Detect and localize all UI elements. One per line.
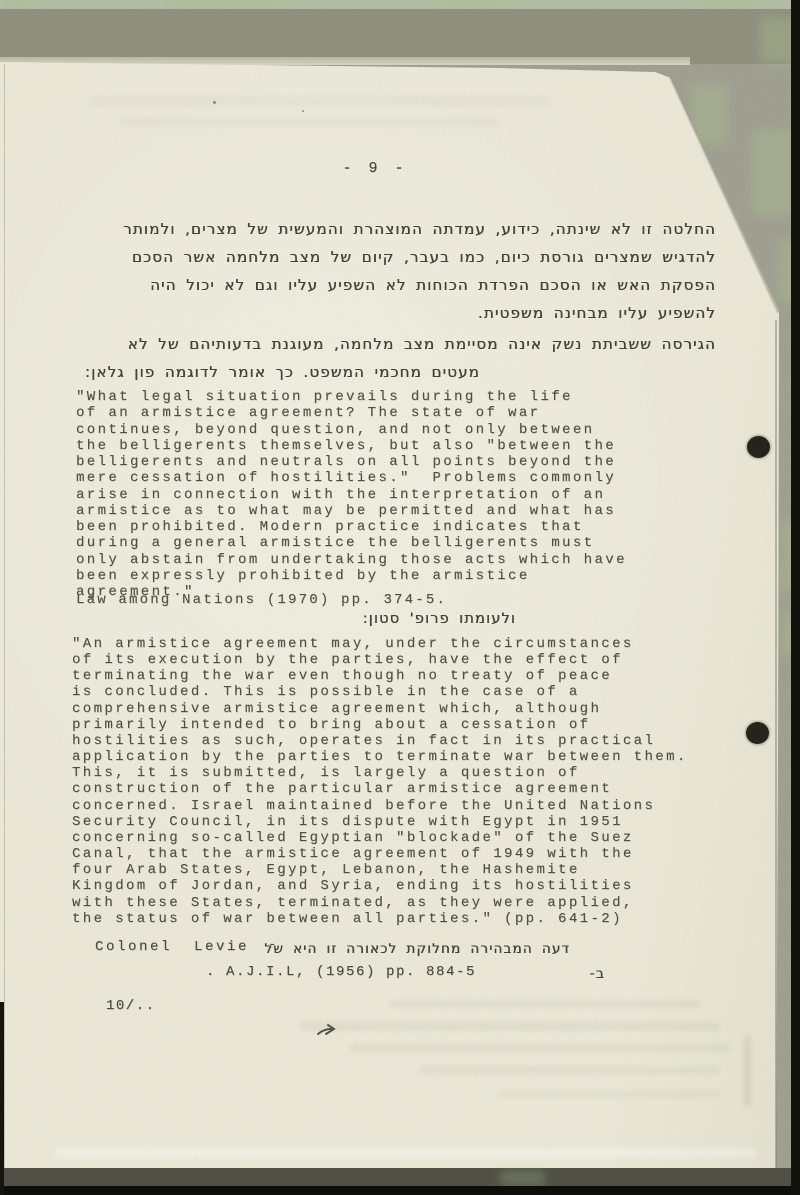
continuation-marker: 10/.. xyxy=(106,998,156,1014)
scan-top-strip xyxy=(0,0,800,9)
scan-color-patch xyxy=(752,130,794,215)
hole-punch-dot-2 xyxy=(746,722,769,744)
paper-right-edge-shadow xyxy=(775,320,777,1168)
scan-right-black-edge xyxy=(791,0,800,1195)
von-glahn-quote: "What legal situation prevails during th… xyxy=(76,389,627,600)
scanned-document-page: - 9 - החלטה זו לא שינתה, כידוע, עמדתה המ… xyxy=(0,0,800,1195)
von-glahn-source: Law among Nations (1970) pp. 374-5. xyxy=(76,592,447,608)
levie-name: Colonel Levie xyxy=(95,939,249,955)
hebrew-prefix-be: ב- xyxy=(575,966,605,982)
levie-hebrew-text: דעה המבהירה מחלוקת לכאורה זו היא של xyxy=(330,940,570,958)
hole-punch-dot-1 xyxy=(747,436,770,458)
hebrew-paragraph-2-line-2: מעטים מחכמי המשפט. כך אומר לדוגמה פון גל… xyxy=(75,360,480,384)
scan-color-patch xyxy=(500,1170,545,1186)
hebrew-paragraph-1: החלטה זו לא שינתה, כידוע, עמדתה המוצהרת … xyxy=(75,215,716,327)
page-number: - 9 - xyxy=(330,160,420,177)
scan-bottom-black-edge xyxy=(0,1186,800,1195)
paper-bottom-streak xyxy=(55,1148,755,1158)
stone-intro: ולעומתו פרופ' סטון: xyxy=(75,608,516,630)
hebrew-paragraph-2-line-1: הגירסה ששביתת נשק אינה מסיימת מצב מלחמה,… xyxy=(75,332,716,356)
scan-bottom-band xyxy=(0,1168,800,1188)
scan-top-band xyxy=(0,9,800,64)
scan-speck xyxy=(302,110,304,112)
paper-left-edge-shadow xyxy=(4,64,5,1168)
scan-speck xyxy=(213,101,216,104)
scan-left-black-edge xyxy=(0,1002,4,1195)
stone-quote: "An armistice agreement may, under the c… xyxy=(72,636,688,927)
ajil-citation: . A.J.I.L, (1956) pp. 884-5 xyxy=(206,964,476,980)
handwritten-arrow-mark xyxy=(316,1023,338,1039)
